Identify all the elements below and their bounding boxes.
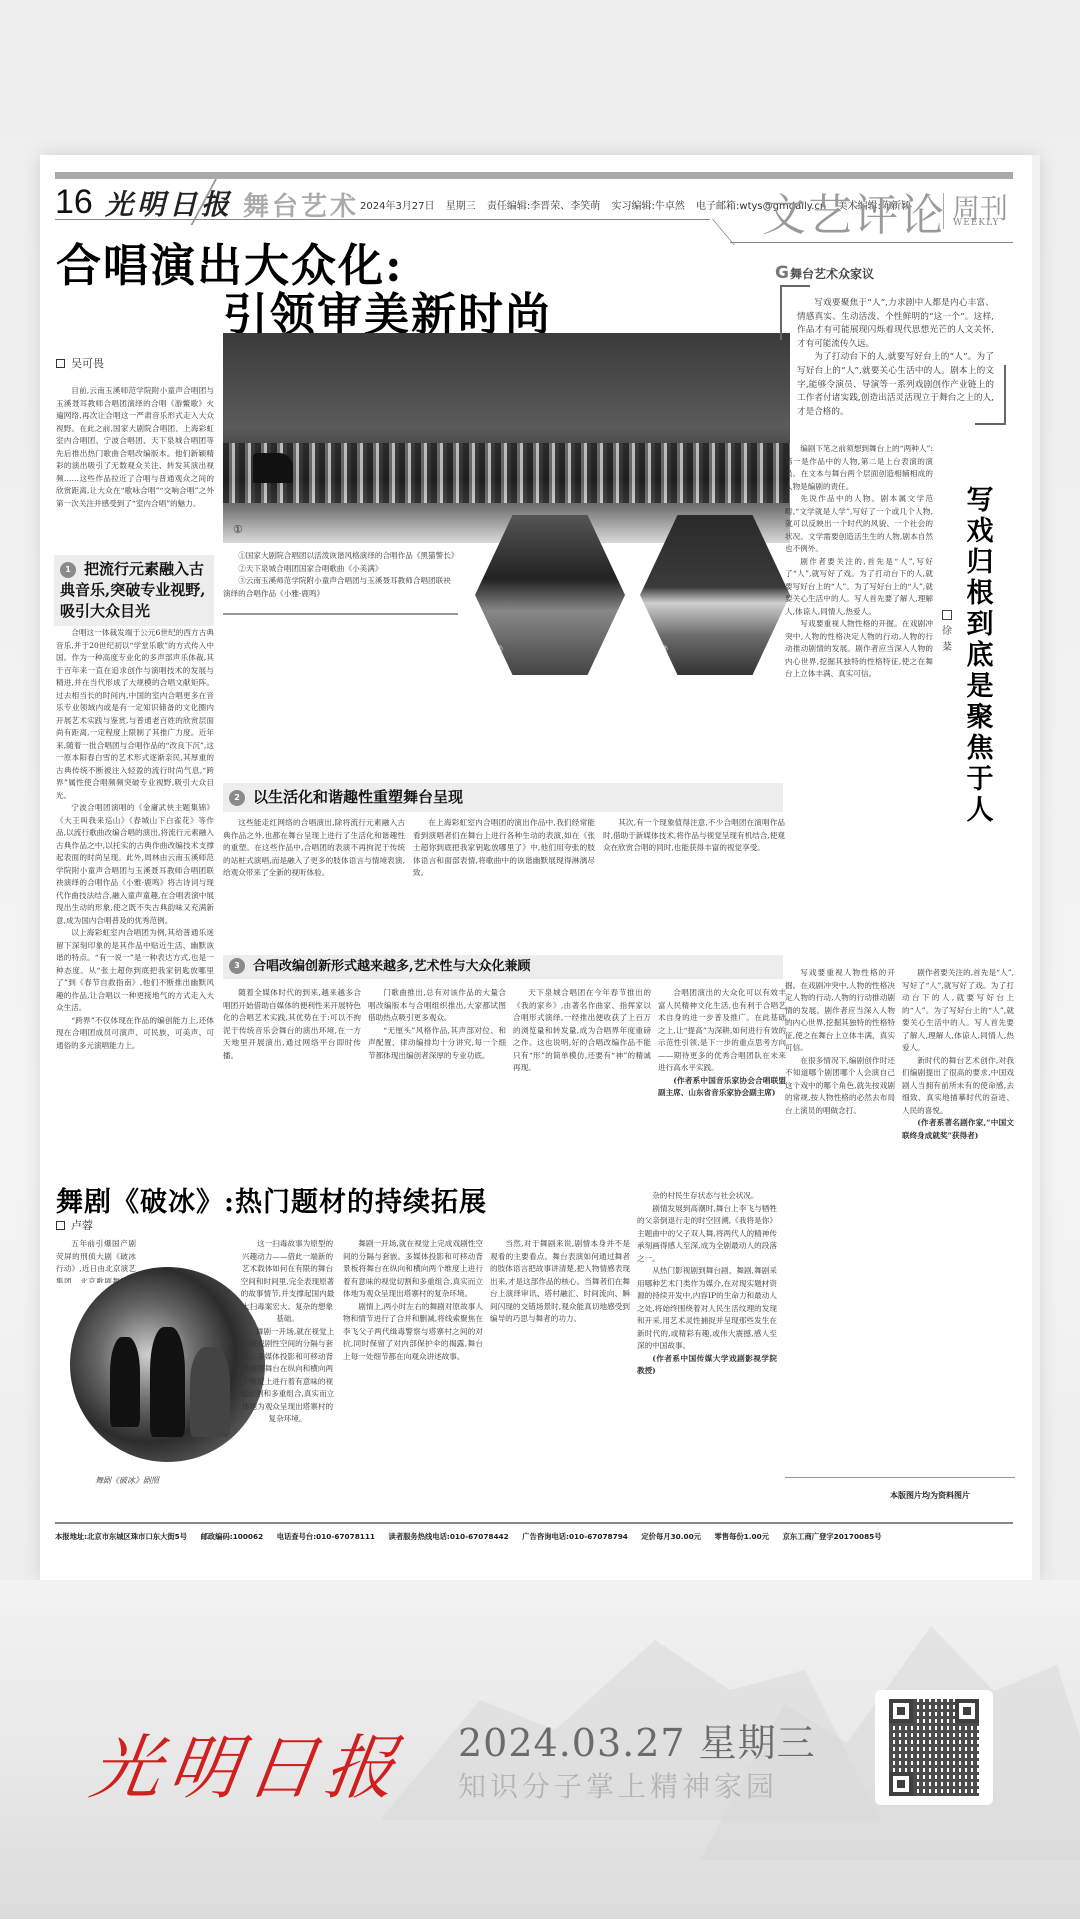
- photo-caption: 舞剧《破冰》剧照: [95, 1475, 159, 1486]
- footer-license: 京东工商广登字20170085号: [783, 1532, 882, 1541]
- paragraph: 以上海彩虹室内合唱团为例,其给普通乐迷留下深刻印象的是其作品中贴近生活、幽默诙谐…: [56, 927, 214, 1015]
- article-column-8: 合唱团演出的大众化可以有效丰富人民精神文化生活,也有利于合唱艺术自身的进一步普及…: [658, 987, 786, 1167]
- section-number-badge: 2: [229, 790, 245, 806]
- paragraph: 在上海彩虹室内合唱团的演出作品中,我们经常能看到演唱者们在舞台上进行各种生动的表…: [413, 817, 595, 880]
- paragraph: 写戏要重视人物性格的开掘。在戏剧冲突中,人物的性格决定人物的行动,人物的行动推动…: [785, 618, 933, 681]
- article-column-4: 其次,有一个现象值得注意,不少合唱团在演唱作品时,借助于新媒体技术,将作品与视觉…: [603, 817, 785, 952]
- author-note: (作者系中国传媒大学戏剧影视学院教授): [637, 1353, 777, 1378]
- article-headline: 合唱演出大众化:: [56, 243, 404, 288]
- brand-date: 2024.03.27 星期三: [458, 1712, 816, 1767]
- paragraph: 其次,有一个现象值得注意,不少合唱团在演唱作品时,借助于新媒体技术,将作品与视觉…: [603, 817, 785, 855]
- masthead-bar: [55, 172, 1013, 179]
- photo-label: ①: [233, 523, 243, 536]
- paragraph: 新时代的舞台艺术创作,对我们编剧提出了很高的要求,中国戏剧人当拥有前所未有的使命…: [902, 1055, 1014, 1118]
- photo-source-note: 本版图片均为资料图片: [890, 1490, 970, 1501]
- column-title: G舞台艺术众家议: [775, 263, 874, 283]
- divider: [943, 193, 944, 229]
- author-name: 徐棻: [942, 626, 952, 653]
- issue-weekday: 星期三: [446, 201, 476, 212]
- footer-hotline: 读者服务热线电话:010-67078442: [389, 1532, 509, 1541]
- paragraph: 剧情发展到高潮时,舞台上李飞与牺牲的父亲倒退行走的时空回溯,《我将是你》主题曲中…: [637, 1203, 777, 1266]
- article2-headline: 舞剧《破冰》:热门题材的持续拓展: [56, 1180, 487, 1219]
- paragraph: 宁波合唱团演唱的《金庸武侠主题集锦》《大王叫我来巡山》《春城山下白雀花》等作品,…: [56, 802, 214, 927]
- author-name: 吴可畏: [71, 357, 104, 370]
- section-heading-1: 1把流行元素融入古典音乐,突破专业视野,吸引大众目光: [54, 555, 214, 626]
- byline: 吴可畏: [56, 355, 104, 371]
- byline-box-icon: [56, 1221, 65, 1230]
- column-name: 舞台艺术众家议: [790, 267, 874, 281]
- qr-finder: [889, 1699, 913, 1723]
- footer-info: 本报地址:北京市东城区珠市口东大街5号 邮政编码:100062 电话查号台:01…: [55, 1532, 1013, 1542]
- paragraph: 门歌曲推出,总有对该作品的大量合唱改编版本与合唱组织推出,大家都试图借助热点吸引…: [368, 987, 506, 1025]
- quote-paragraph: 写戏要聚焦于“人”,力求剧中人都是内心丰富、情感真实、生动活泼、个性鲜明的“这一…: [797, 297, 994, 351]
- quote-frame: [975, 423, 1005, 425]
- editor: 责任编辑:李晋荣、李笑萌: [487, 201, 600, 212]
- page-number: 16: [55, 183, 93, 222]
- section-heading-3: 3合唱改编创新形式越来越多,艺术性与大众化兼顾: [223, 955, 783, 979]
- paragraph: 写戏要重视人物性格的开掘。在戏剧冲突中,人物的性格决定人物的行动,人物的行动推动…: [785, 967, 895, 1055]
- paragraph: 目前,云南玉溪师范学院附小童声合唱团与玉溪聂耳教师合唱团演绎的合唱《游鳖歌》火遍…: [56, 385, 214, 510]
- paragraph: 这些能走红网络的合唱演出,除将流行元素融入古典作品之外,也都在舞台呈现上进行了生…: [223, 817, 405, 880]
- dance-photo: [70, 1267, 265, 1462]
- footer-postcode: 邮政编码:100062: [201, 1532, 264, 1541]
- divider: [785, 1477, 1015, 1478]
- vertical-headline: 写戏归根到底是聚焦于人: [962, 485, 998, 826]
- caption: ②天下泉城合唱团国家合唱歌曲《小美满》: [223, 563, 458, 576]
- divider: [55, 219, 710, 220]
- article-column-3: 在上海彩虹室内合唱团的演出作品中,我们经常能看到演唱者们在舞台上进行各种生动的表…: [413, 817, 595, 952]
- divider: [223, 613, 458, 615]
- weekly-title: 文艺评论: [762, 179, 946, 243]
- intern-editor: 实习编辑:牛卓然: [611, 201, 684, 212]
- photo-label: ②: [495, 645, 503, 655]
- photo-figure: [110, 1337, 140, 1427]
- article-column-6: 门歌曲推出,总有对该作品的大量合唱改编版本与合唱组织推出,大家都试图借助热点吸引…: [368, 987, 506, 1167]
- article-column-5: 随着全媒体时代的到来,越来越多合唱团开始借助自媒体的便利性来开展特色化的合唱艺术…: [223, 987, 361, 1167]
- qr-finder: [889, 1772, 913, 1796]
- article-column-1: 合唱这一体裁发端于公元6世纪的西方古典音乐,并于20世纪初以“学堂乐歌”的方式传…: [56, 627, 214, 1182]
- section-heading-2: 2以生活化和谐趣性重塑舞台呈现: [223, 783, 783, 812]
- quote-paragraph: 为了打动台下的人,就要写好台上的“人”。为了写好台上的“人”,就要关心生活中的人…: [797, 351, 994, 419]
- paragraph: “无厘头”风格作品,其声部对位、和声配置、律动编排均十分讲究,每一个细节都体现出…: [368, 1025, 506, 1063]
- footer-price-single: 零售每份1.00元: [715, 1532, 770, 1541]
- byline-box-icon: [942, 610, 952, 620]
- caption: ①国家大剧院合唱团以活泼诙谐风格演绎的合唱作品《黑猫警长》: [223, 550, 458, 563]
- section-title: 合唱改编创新形式越来越多,艺术性与大众化兼顾: [253, 959, 531, 974]
- column-logo-icon: G: [775, 263, 789, 283]
- article-column-2: 这些能走红网络的合唱演出,除将流行元素融入古典作品之外,也都在舞台呈现上进行了生…: [223, 817, 405, 952]
- article-column-7: 天下泉城合唱团在今年春节推出的《我的家乡》,由著名作曲家、指挥家以合唱形式演绎,…: [513, 987, 651, 1167]
- paragraph: 这一扫毒故事为原型的兴趣动力——借此一端新的艺术载体如何在有限的舞台空间和时间里…: [240, 1238, 335, 1326]
- issue-date: 2024年3月27日: [360, 201, 435, 212]
- brand-slogan: 知识分子掌上精神家园: [458, 1765, 778, 1805]
- photo-captions: ①国家大剧院合唱团以活泼诙谐风格演绎的合唱作品《黑猫警长》 ②天下泉城合唱团国家…: [223, 550, 458, 600]
- paragraph: 从热门影视剧到舞台剧、舞剧,舞剧采用哪种艺术门类作为媒介,在对现实题材资源的持续…: [637, 1265, 777, 1353]
- paragraph: 当然,对于舞剧来说,剧情本身并不是观看的主要看点。舞台表演如何通过舞者的肢体语言…: [490, 1238, 630, 1326]
- sidebar-column-3: 剧作者要关注的,首先是“人”,写好了“人”,就写好了戏。为了打动台下的人,就要写…: [902, 967, 1014, 1432]
- photo-piano: [253, 453, 293, 483]
- section-title: 以生活化和谐趣性重塑舞台呈现: [253, 788, 463, 806]
- section-title: 把流行元素融入古典音乐,突破专业视野,吸引大众目光: [60, 560, 205, 620]
- qr-finder: [955, 1699, 979, 1723]
- footer-address: 本报地址:北京市东城区珠市口东大街5号: [55, 1532, 187, 1541]
- section-number-badge: 1: [60, 562, 76, 578]
- paragraph: 编剧下笔之前须想到舞台上的“两种人”:第一是作品中的人物,第二是上台表演的演员。…: [785, 443, 933, 493]
- pull-quote: 写戏要聚焦于“人”,力求剧中人都是内心丰富、情感真实、生动活泼、个性鲜明的“这一…: [785, 285, 1000, 419]
- divider: [55, 1522, 1013, 1524]
- paragraph: “跨界”不仅体现在作品的编创能力上,还体现在合唱团成员可演声、可民族、可美声、可…: [56, 1015, 214, 1053]
- caption: ③云南玉溪师范学院附小童声合唱团与玉溪聂耳教师合唱团联袂演绎的合唱作品《小雅·鹿…: [223, 575, 458, 600]
- author-name: 卢蓉: [71, 1219, 93, 1232]
- paragraph: 合唱这一体裁发端于公元6世纪的西方古典音乐,并于20世纪初以“学堂乐歌”的方式传…: [56, 627, 214, 802]
- paragraph: 杂的村民生存状态与社会状况。: [637, 1190, 777, 1203]
- photo-choir-figures: [223, 443, 790, 503]
- byline-box-icon: [56, 359, 65, 368]
- page-edge: [1032, 155, 1040, 1580]
- paragraph: 剧作者要关注的,首先是“人”,写好了“人”,就写好了戏。为了打动台下的人,就要写…: [785, 556, 933, 619]
- article2-column-3: 舞剧一开场,就在视觉上完成戏剧性空间的分隔与套嵌。多媒体投影和可移动背景板将舞台…: [343, 1238, 483, 1523]
- paragraph: 舞剧一开场,就在视觉上完成戏剧性空间的分隔与套嵌。多媒体投影和可移动背景板将舞台…: [240, 1326, 335, 1426]
- choir-photo: ①: [223, 333, 790, 543]
- quote-frame: [1004, 365, 1006, 425]
- footer-ad-phone: 广告咨询电话:010-67078794: [522, 1532, 628, 1541]
- newspaper-page: 16 光明日报 舞台艺术 2024年3月27日 星期三 责任编辑:李晋荣、李笑萌…: [40, 155, 1040, 1580]
- paragraph: 剧作者要关注的,首先是“人”,写好了“人”,就写好了戏。为了打动台下的人,就要写…: [902, 967, 1014, 1055]
- paragraph: 剧情上,两小时左右的舞剧对原故事人物和情节进行了合并和删减,将线索聚焦在李飞父子…: [343, 1301, 483, 1364]
- sidebar-column-2: 写戏要重视人物性格的开掘。在戏剧冲突中,人物的性格决定人物的行动,人物的行动推动…: [785, 967, 895, 1432]
- paragraph: 合唱团演出的大众化可以有效丰富人民精神文化生活,也有利于合唱艺术自身的进一步普及…: [658, 987, 786, 1075]
- paragraph: 先说作品中的人物。剧本属文学范畴,“文学就是人学”,写好了一个或几个人物,就可以…: [785, 493, 933, 556]
- paragraph: 随着全媒体时代的到来,越来越多合唱团开始借助自媒体的便利性来开展特色化的合唱艺术…: [223, 987, 361, 1062]
- qr-code-icon: [889, 1699, 979, 1796]
- paragraph: 在很多情况下,编剧创作时还不知道哪个剧团哪个人会演自己这个戏中的哪个角色,就先按…: [785, 1055, 895, 1118]
- author-note: (作者系中国音乐家协会合唱联盟副主席、山东省音乐家协会副主席): [658, 1075, 786, 1100]
- article2-column-5: 杂的村民生存状态与社会状况。 剧情发展到高潮时,舞台上李飞与牺牲的父亲倒退行走的…: [637, 1190, 777, 1520]
- photo-figure: [190, 1347, 230, 1437]
- article-intro: 目前,云南玉溪师范学院附小童声合唱团与玉溪聂耳教师合唱团演绎的合唱《游鳖歌》火遍…: [56, 385, 214, 550]
- sidebar-column-1: 编剧下笔之前须想到舞台上的“两种人”:第一是作品中的人物,第二是上台表演的演员。…: [785, 443, 933, 958]
- article2-column-4: 当然,对于舞剧来说,剧情本身并不是观看的主要看点。舞台表演如何通过舞者的肢体语言…: [490, 1238, 630, 1523]
- paragraph: 舞剧一开场,就在视觉上完成戏剧性空间的分隔与套嵌。多媒体投影和可移动背景板将舞台…: [343, 1238, 483, 1301]
- footer-price-month: 定价每月30.00元: [641, 1532, 701, 1541]
- photo-label: ③: [660, 645, 668, 655]
- paper-logo: 光明日报: [105, 183, 233, 223]
- qr-code[interactable]: [875, 1690, 993, 1805]
- footer-phone: 电话查号台:010-67078111: [277, 1532, 375, 1541]
- weekly-label-en: WEEKLY: [953, 218, 999, 228]
- paragraph: 天下泉城合唱团在今年春节推出的《我的家乡》,由著名作曲家、指挥家以合唱形式演绎,…: [513, 987, 651, 1075]
- section-name: 舞台艺术: [243, 186, 359, 223]
- article2-column-2: 这一扫毒故事为原型的兴趣动力——借此一端新的艺术载体如何在有限的舞台空间和时间里…: [240, 1238, 335, 1523]
- photo-figure: [150, 1327, 185, 1437]
- vertical-byline: 徐棻: [940, 610, 954, 656]
- article-headline-line2: 引领审美新时尚: [223, 292, 552, 337]
- byline: 卢蓉: [56, 1217, 93, 1233]
- quote-frame: [780, 285, 782, 340]
- author-note: (作者系著名剧作家,“中国文联终身成就奖”获得者): [902, 1117, 1014, 1142]
- section-number-badge: 3: [229, 958, 245, 974]
- brand-logo: 光明日报: [85, 1712, 411, 1813]
